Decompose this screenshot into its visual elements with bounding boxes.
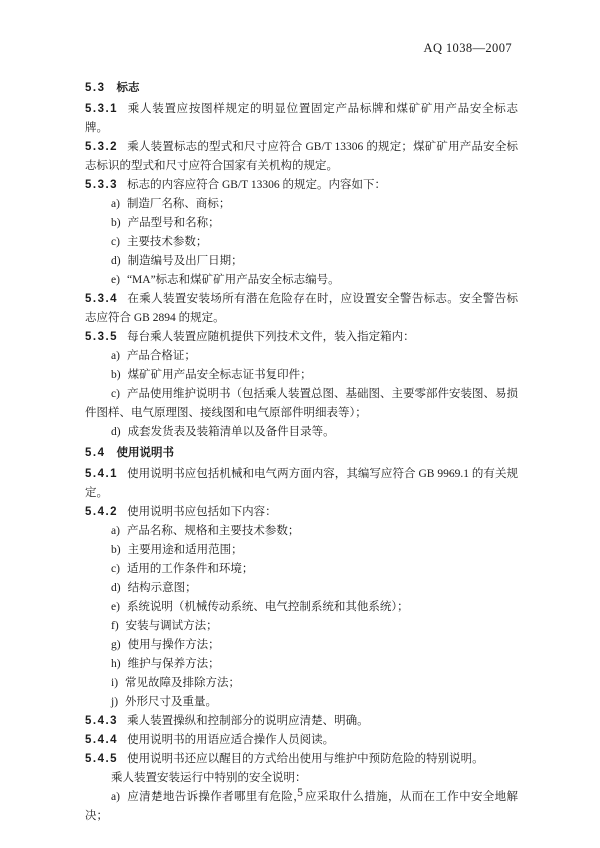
- clause-number: 5.4.1: [85, 468, 118, 480]
- list-item-text: 制造编号及出厂日期；: [128, 255, 243, 267]
- list-item-text: 煤矿矿用产品安全标志证书复印件；: [128, 369, 312, 381]
- clause-text: 乘人装置应按图样规定的明显位置固定产品标牌和煤矿矿用产品安全标志牌。: [85, 103, 518, 134]
- list-item-text: 常见故障及排除方法；: [125, 677, 240, 689]
- list-item: a)产品合格证；: [85, 347, 518, 366]
- list-item-text: 产品名称、规格和主要技术参数；: [127, 525, 300, 537]
- list-item: c)产品使用维护说明书（包括乘人装置总图、基础图、主要零部件安装图、易损件图样、…: [85, 385, 518, 423]
- list-item-marker: c): [111, 388, 120, 400]
- clause-number: 5.3.5: [85, 331, 118, 343]
- list-item: h)维护与保养方法；: [85, 655, 518, 674]
- list-item-marker: c): [111, 236, 120, 248]
- clause-number: 5.4.2: [85, 506, 118, 518]
- list-item: g)使用与操作方法；: [85, 636, 518, 655]
- list-item-text: 结构示意图；: [128, 582, 197, 594]
- clause-5-3-1: 5.3.1乘人装置应按图样规定的明显位置固定产品标牌和煤矿矿用产品安全标志牌。: [85, 100, 518, 138]
- list-item: i)常见故障及排除方法；: [85, 674, 518, 693]
- list-item-marker: b): [111, 217, 121, 229]
- list-item-marker: a): [111, 350, 120, 362]
- clause-5-4-3: 5.4.3乘人装置操纵和控制部分的说明应清楚、明确。: [85, 712, 518, 731]
- list-item-text: 制造厂名称、商标；: [127, 198, 231, 210]
- list-item-marker: h): [111, 658, 121, 670]
- list-item-marker: b): [111, 369, 121, 381]
- list-item: a)产品名称、规格和主要技术参数；: [85, 522, 518, 541]
- list-item-text: 维护与保养方法；: [128, 658, 220, 670]
- list-item: d)结构示意图；: [85, 579, 518, 598]
- clause-text: 使用说明书应包括机械和电气两方面内容，其编写应符合 GB 9969.1 的有关规…: [85, 468, 518, 499]
- clause-5-3-5: 5.3.5每台乘人装置应随机提供下列技术文件，装入指定箱内：: [85, 328, 518, 347]
- section-heading-5-3: 5.3标志: [85, 79, 518, 98]
- list-item-marker: f): [111, 620, 119, 632]
- list-item-marker: g): [111, 639, 121, 651]
- clause-text: 乘人装置操纵和控制部分的说明应清楚、明确。: [127, 715, 369, 727]
- clause-5-3-3: 5.3.3标志的内容应符合 GB/T 13306 的规定。内容如下：: [85, 176, 518, 195]
- clause-text: 标志的内容应符合 GB/T 13306 的规定。内容如下：: [127, 179, 386, 191]
- clause-text: 使用说明书还应以醒目的方式给出使用与维护中预防危险的特别说明。: [127, 753, 484, 765]
- section-number: 5.4: [85, 447, 106, 459]
- section-title: 使用说明书: [117, 447, 175, 459]
- section-number: 5.3: [85, 82, 106, 94]
- clause-text: 使用说明书的用语应适合操作人员阅读。: [127, 734, 334, 746]
- list-item-marker: a): [111, 198, 120, 210]
- list-item-marker: d): [111, 426, 121, 438]
- clause-5-4-5: 5.4.5使用说明书还应以醒目的方式给出使用与维护中预防危险的特别说明。: [85, 750, 518, 769]
- list-item-text: 产品型号和名称；: [128, 217, 220, 229]
- section-title: 标志: [117, 82, 140, 94]
- list-item-text: 使用与操作方法；: [128, 639, 220, 651]
- clause-number: 5.3.3: [85, 179, 118, 191]
- list-item-text: 产品使用维护说明书（包括乘人装置总图、基础图、主要零部件安装图、易损件图样、电气…: [85, 388, 518, 419]
- clause-5-4-4: 5.4.4使用说明书的用语应适合操作人员阅读。: [85, 731, 518, 750]
- list-item-text: 产品合格证；: [127, 350, 196, 362]
- list-item-text: “MA”标志和煤矿矿用产品安全标志编号。: [127, 274, 340, 286]
- clause-number: 5.4.3: [85, 715, 118, 727]
- clause-number: 5.3.1: [85, 103, 118, 115]
- clause-number: 5.4.4: [85, 734, 118, 746]
- list-item-text: 外形尺寸及重量。: [125, 696, 217, 708]
- list-item: c)适用的工作条件和环境；: [85, 560, 518, 579]
- list-item-marker: d): [111, 582, 121, 594]
- list-item: c)主要技术参数；: [85, 233, 518, 252]
- clause-5-4-1: 5.4.1使用说明书应包括机械和电气两方面内容，其编写应符合 GB 9969.1…: [85, 465, 518, 503]
- list-item: j)外形尺寸及重量。: [85, 693, 518, 712]
- clause-number: 5.3.4: [85, 293, 118, 305]
- standard-code-header: AQ 1038—2007: [424, 41, 512, 56]
- list-item-marker: b): [111, 544, 121, 556]
- list-item-marker: e): [111, 274, 120, 286]
- list-item-marker: e): [111, 601, 120, 613]
- clause-text: 使用说明书应包括如下内容：: [127, 506, 277, 518]
- list-item-marker: d): [111, 255, 121, 267]
- list-item: b)煤矿矿用产品安全标志证书复印件；: [85, 366, 518, 385]
- document-body: 5.3标志 5.3.1乘人装置应按图样规定的明显位置固定产品标牌和煤矿矿用产品安…: [85, 77, 518, 826]
- clause-number: 5.4.5: [85, 753, 118, 765]
- document-page: { "header": { "standard_code": "AQ 1038—…: [0, 0, 600, 848]
- list-item-text: 成套发货表及装箱清单以及备件目录等。: [128, 426, 335, 438]
- list-item-text: 系统说明（机械传动系统、电气控制系统和其他系统）；: [127, 601, 409, 613]
- clause-5-3-2: 5.3.2乘人装置标志的型式和尺寸应符合 GB/T 13306 的规定；煤矿矿用…: [85, 138, 518, 176]
- list-item: f)安装与调试方法；: [85, 617, 518, 636]
- list-item: b)产品型号和名称；: [85, 214, 518, 233]
- clause-text: 乘人装置标志的型式和尺寸应符合 GB/T 13306 的规定；煤矿矿用产品安全标…: [85, 141, 518, 172]
- list-item-marker: c): [111, 563, 120, 575]
- clause-number: 5.3.2: [85, 141, 118, 153]
- list-item: e)系统说明（机械传动系统、电气控制系统和其他系统）；: [85, 598, 518, 617]
- clause-5-3-4: 5.3.4在乘人装置安装场所有潜在危险存在时，应设置安全警告标志。安全警告标志应…: [85, 290, 518, 328]
- clause-text: 在乘人装置安装场所有潜在危险存在时，应设置安全警告标志。安全警告标志应符合 GB…: [85, 293, 518, 324]
- section-heading-5-4: 5.4使用说明书: [85, 444, 518, 463]
- list-item-marker: i): [111, 677, 118, 689]
- list-item-text: 主要技术参数；: [127, 236, 208, 248]
- note-line: 乘人装置安装运行中特别的安全说明：: [85, 769, 518, 788]
- list-item-text: 适用的工作条件和环境；: [127, 563, 254, 575]
- list-item: e)“MA”标志和煤矿矿用产品安全标志编号。: [85, 271, 518, 290]
- list-item: b)主要用途和适用范围；: [85, 541, 518, 560]
- page-number: 5: [0, 787, 600, 799]
- clause-text: 每台乘人装置应随机提供下列技术文件，装入指定箱内：: [127, 331, 415, 343]
- clause-5-4-2: 5.4.2使用说明书应包括如下内容：: [85, 503, 518, 522]
- list-item: a)制造厂名称、商标；: [85, 195, 518, 214]
- list-item-text: 主要用途和适用范围；: [128, 544, 243, 556]
- note-text: 乘人装置安装运行中特别的安全说明：: [111, 772, 307, 784]
- list-item-marker: a): [111, 525, 120, 537]
- list-item: d)制造编号及出厂日期；: [85, 252, 518, 271]
- list-item-text: 安装与调试方法；: [126, 620, 218, 632]
- list-item: d)成套发货表及装箱清单以及备件目录等。: [85, 423, 518, 442]
- list-item-marker: j): [111, 696, 118, 708]
